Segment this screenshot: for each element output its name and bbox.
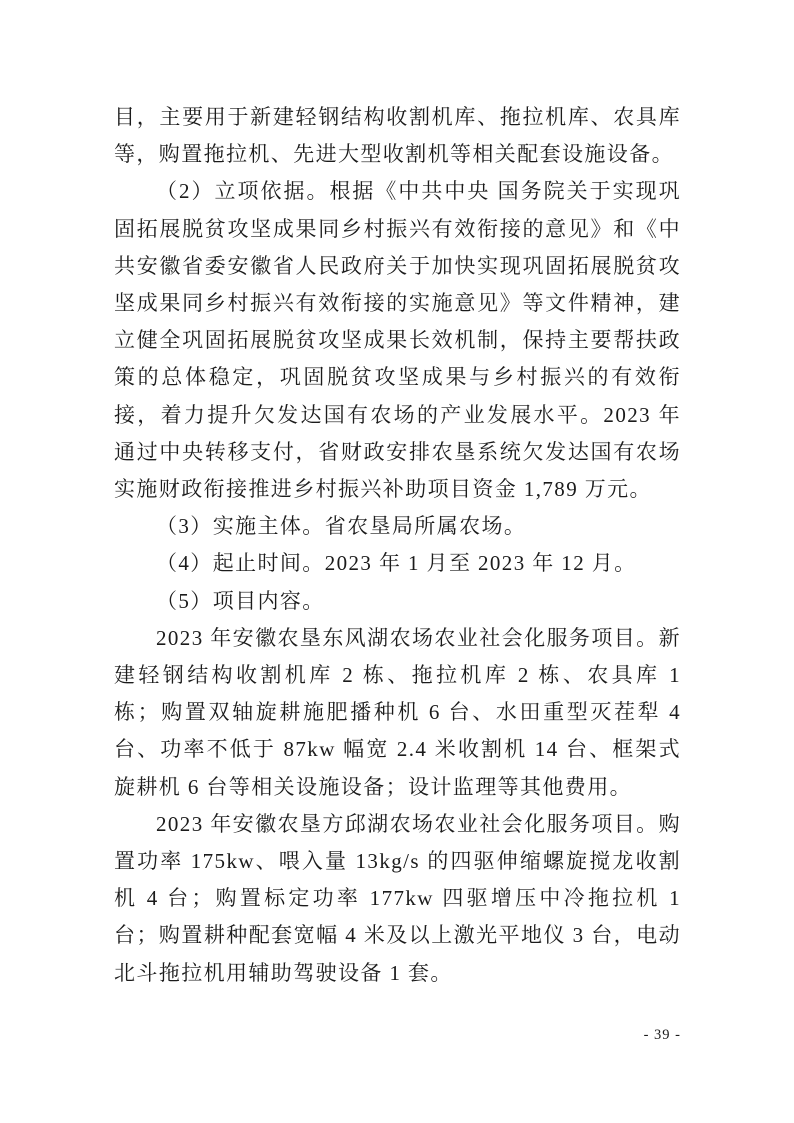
page-footer: - 39 - <box>114 1027 681 1044</box>
paragraph-continuation: 目，主要用于新建轻钢结构收割机库、拖拉机库、农具库等，购置拖拉机、先进大型收割机… <box>114 99 681 173</box>
document-body: 目，主要用于新建轻钢结构收割机库、拖拉机库、农具库等，购置拖拉机、先进大型收割机… <box>114 99 681 992</box>
page-number: - 39 - <box>644 1027 681 1043</box>
paragraph-item-3-implementing-body: （3）实施主体。省农垦局所属农场。 <box>114 508 681 545</box>
paragraph-item-4-time-period: （4）起止时间。2023 年 1 月至 2023 年 12 月。 <box>114 545 681 582</box>
paragraph-item-5-project-content: （5）项目内容。 <box>114 583 681 620</box>
document-page: 目，主要用于新建轻钢结构收割机库、拖拉机库、农具库等，购置拖拉机、先进大型收割机… <box>0 0 794 1123</box>
paragraph-dongfenghu-farm-project: 2023 年安徽农垦东风湖农场农业社会化服务项目。新建轻钢结构收割机库 2 栋、… <box>114 620 681 806</box>
paragraph-fangqiuhu-farm-project: 2023 年安徽农垦方邱湖农场农业社会化服务项目。购置功率 175kw、喂入量 … <box>114 806 681 992</box>
paragraph-item-2-basis: （2）立项依据。根据《中共中央 国务院关于实现巩固拓展脱贫攻坚成果同乡村振兴有效… <box>114 173 681 508</box>
